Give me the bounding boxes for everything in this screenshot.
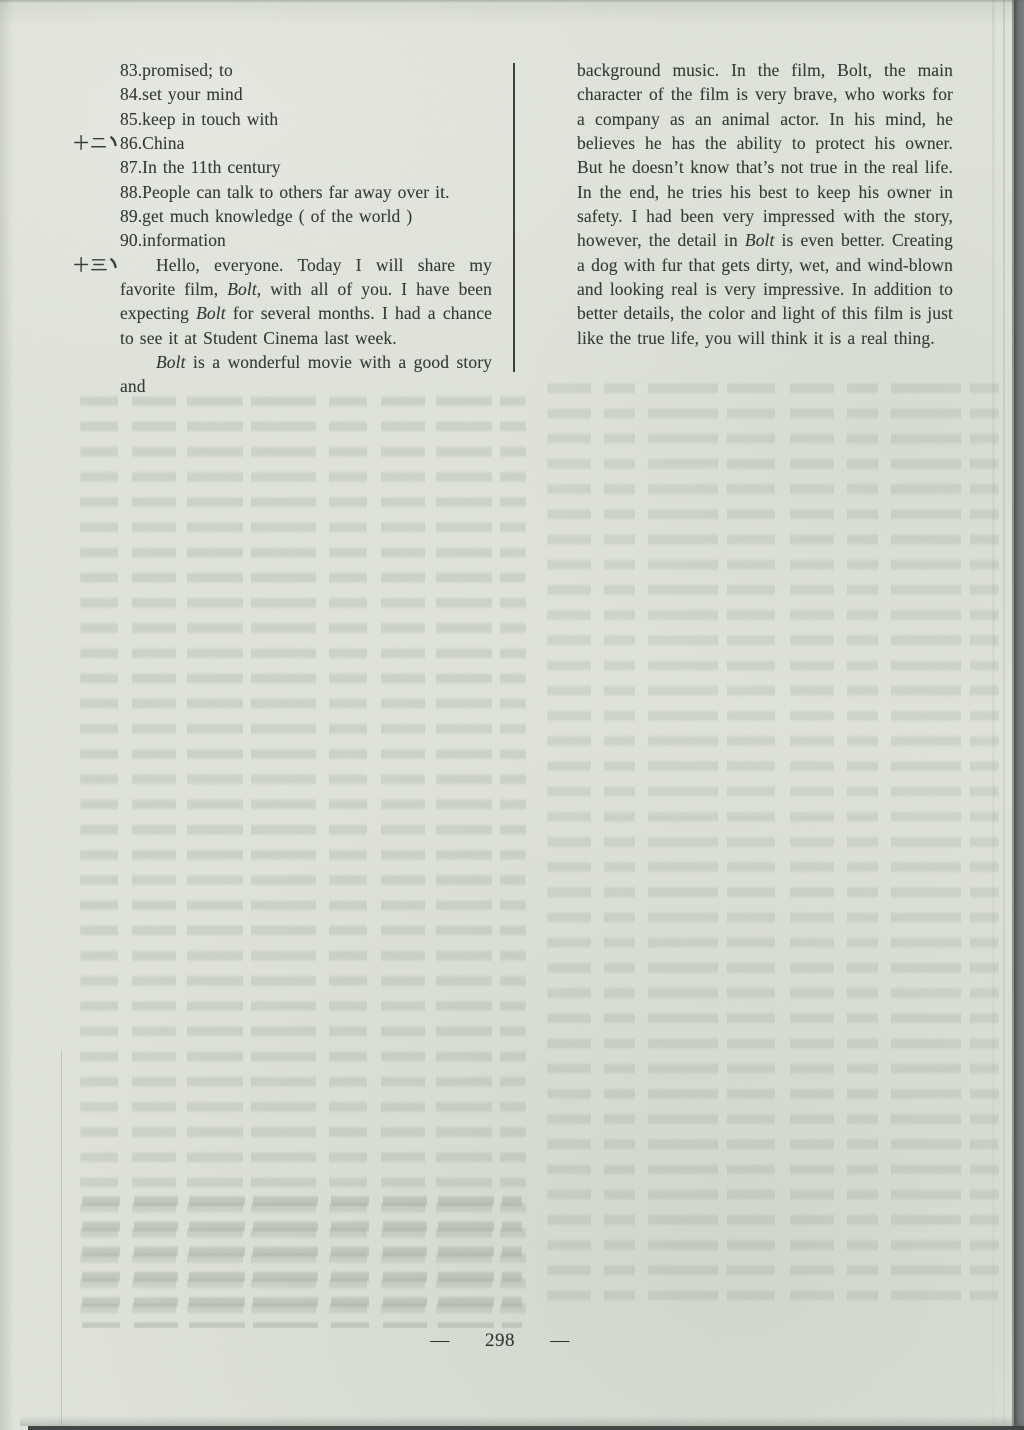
section-13-paragraph-2: Bolt is a wonderful movie with a good st… — [120, 350, 492, 399]
bleedthrough-left-bottom — [82, 1188, 522, 1328]
answer-item-85: 85.keep in touch with — [120, 107, 492, 131]
answer-item-83: 83.promised; to — [120, 58, 492, 82]
left-column: 83.promised; to 84.set your mind 85.keep… — [120, 58, 492, 399]
scan-edge-bottom — [28, 1426, 1024, 1430]
answer-item-87: 87.In the 11th century — [120, 155, 492, 179]
paper-crease — [1003, 0, 1005, 1430]
section-13-paragraph-1: Hello, everyone. Today I will share my f… — [120, 253, 492, 350]
answer-item-86: 86.China — [120, 131, 492, 155]
bleedthrough-right-column — [547, 375, 999, 1313]
answer-item-88: 88.People can talk to others far away ov… — [120, 180, 492, 204]
paper-crease — [992, 0, 995, 1430]
page-number: — 298 — — [0, 1330, 1000, 1352]
paper-crease — [61, 1050, 62, 1430]
scan-edge-top — [0, 0, 1024, 3]
bleedthrough-left-column — [80, 388, 526, 1326]
answer-item-89: 89.get much knowledge ( of the world ) — [120, 204, 492, 228]
page-edge-shadow — [20, 1416, 1024, 1426]
answer-item-90: 90.information — [120, 228, 492, 252]
right-column-paragraph: background music. In the film, Bolt, the… — [577, 58, 953, 350]
answer-item-84: 84.set your mind — [120, 82, 492, 106]
column-divider — [513, 63, 515, 372]
section-13-marker-icon — [73, 256, 119, 273]
section-12-marker-icon — [73, 134, 119, 151]
page-edge-line — [1012, 0, 1014, 1430]
scan-edge-right — [1014, 0, 1024, 1430]
